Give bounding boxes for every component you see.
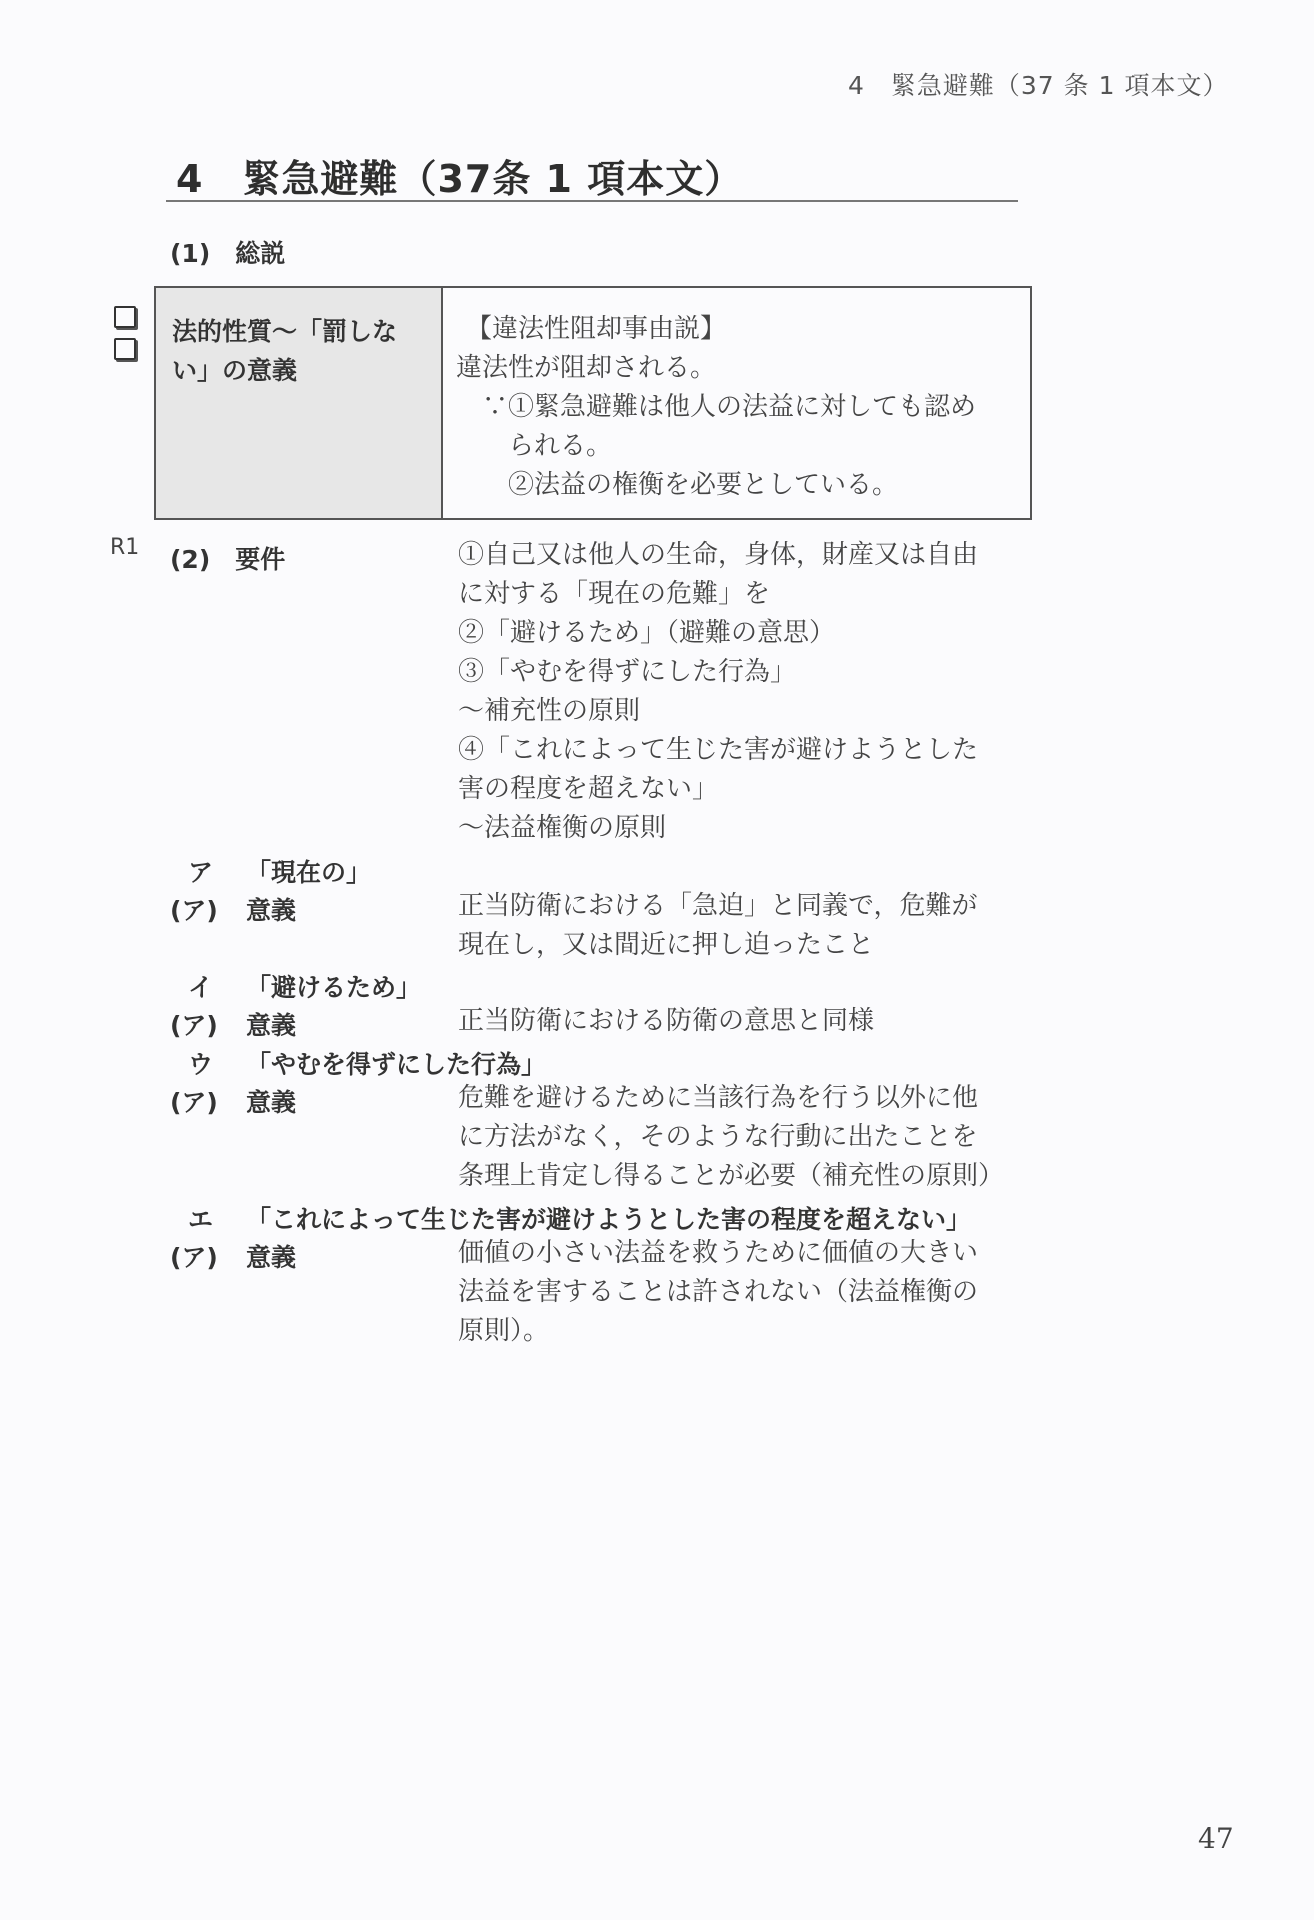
- nature-table: 法的性質～「罰しな い」の意義 【違法性阻却事由説】 違法性が阻却される。 ∵①…: [154, 286, 1032, 520]
- requirement-line: に対する「現在の危難」を: [458, 575, 978, 614]
- requirement-line: ①自己又は他人の生命，身体，財産又は自由: [458, 536, 978, 575]
- subsection-e-submark: (ア): [170, 1238, 218, 1274]
- running-header: 4 緊急避難（37 条 1 項本文）: [848, 66, 1228, 102]
- theory-line: 違法性が阻却される。: [456, 349, 976, 388]
- section-1-heading: (1) 総説: [170, 234, 285, 270]
- nature-label-line2: い」の意義: [172, 351, 432, 390]
- subsection-u-submark: (ア): [170, 1083, 218, 1119]
- subsection-i-title: 「避けるため」: [246, 968, 421, 1004]
- subsection-a-sublabel: 意義: [246, 891, 296, 927]
- text-line: 原則）。: [458, 1312, 978, 1351]
- subsection-e-mark: エ: [188, 1200, 213, 1236]
- requirement-line: 害の程度を超えない」: [458, 770, 978, 809]
- nature-content-cell: 【違法性阻却事由説】 違法性が阻却される。 ∵①緊急避難は他人の法益に対しても認…: [456, 310, 976, 505]
- title-underline: [166, 200, 1018, 202]
- nature-label-line1: 法的性質～「罰しな: [172, 312, 432, 351]
- subsection-i-text: 正当防衛における防衛の意思と同様: [458, 1002, 874, 1041]
- nature-label-cell: 法的性質～「罰しな い」の意義: [156, 288, 443, 518]
- requirements-list: ①自己又は他人の生命，身体，財産又は自由 に対する「現在の危難」を ②「避けるた…: [458, 536, 978, 848]
- checkbox-1[interactable]: [114, 306, 136, 328]
- margin-note: R1: [110, 535, 139, 560]
- subsection-a-submark: (ア): [170, 891, 218, 927]
- subsection-i-sublabel: 意義: [246, 1006, 296, 1042]
- text-line: 危難を避けるために当該行為を行う以外に他: [458, 1079, 1004, 1118]
- page-title: 4 緊急避難（37条 1 項本文）: [176, 148, 743, 203]
- theory-line: られる。: [456, 427, 976, 466]
- text-line: に方法がなく，そのような行動に出たことを: [458, 1118, 1004, 1157]
- text-line: 条理上肯定し得ることが必要（補充性の原則）: [458, 1157, 1004, 1196]
- theory-line: ②法益の権衡を必要としている。: [456, 466, 976, 505]
- checkbox-2[interactable]: [114, 338, 136, 360]
- section-2-heading: (2) 要件: [170, 540, 285, 576]
- subsection-i-submark: (ア): [170, 1006, 218, 1042]
- text-line: 正当防衛における「急迫」と同義で，危難が: [458, 887, 977, 926]
- requirement-line: ②「避けるため」（避難の意思）: [458, 614, 978, 653]
- page-number: 47: [1198, 1822, 1234, 1855]
- theory-heading: 【違法性阻却事由説】: [456, 310, 976, 349]
- subsection-e-sublabel: 意義: [246, 1238, 296, 1274]
- subsection-u-sublabel: 意義: [246, 1083, 296, 1119]
- subsection-u-text: 危難を避けるために当該行為を行う以外に他 に方法がなく，そのような行動に出たこと…: [458, 1079, 1004, 1196]
- subsection-a-title: 「現在の」: [246, 853, 371, 889]
- subsection-u-mark: ウ: [188, 1045, 213, 1081]
- text-line: 正当防衛における防衛の意思と同様: [458, 1002, 874, 1041]
- theory-line: ∵①緊急避難は他人の法益に対しても認め: [456, 388, 976, 427]
- subsection-a-mark: ア: [188, 853, 213, 889]
- requirement-line: ～法益権衡の原則: [458, 809, 978, 848]
- subsection-e-text: 価値の小さい法益を救うために価値の大きい 法益を害することは許されない（法益権衡…: [458, 1234, 978, 1351]
- subsection-a-text: 正当防衛における「急迫」と同義で，危難が 現在し，又は間近に押し迫ったこと: [458, 887, 977, 965]
- subsection-u-title: 「やむを得ずにした行為」: [246, 1045, 546, 1081]
- text-line: 現在し，又は間近に押し迫ったこと: [458, 926, 977, 965]
- requirement-line: ～補充性の原則: [458, 692, 978, 731]
- requirement-line: ③「やむを得ずにした行為」: [458, 653, 978, 692]
- text-line: 法益を害することは許されない（法益権衡の: [458, 1273, 978, 1312]
- text-line: 価値の小さい法益を救うために価値の大きい: [458, 1234, 978, 1273]
- requirement-line: ④「これによって生じた害が避けようとした: [458, 731, 978, 770]
- subsection-i-mark: イ: [188, 968, 213, 1004]
- subsection-e-title: 「これによって生じた害が避けようとした害の程度を超えない」: [246, 1200, 971, 1236]
